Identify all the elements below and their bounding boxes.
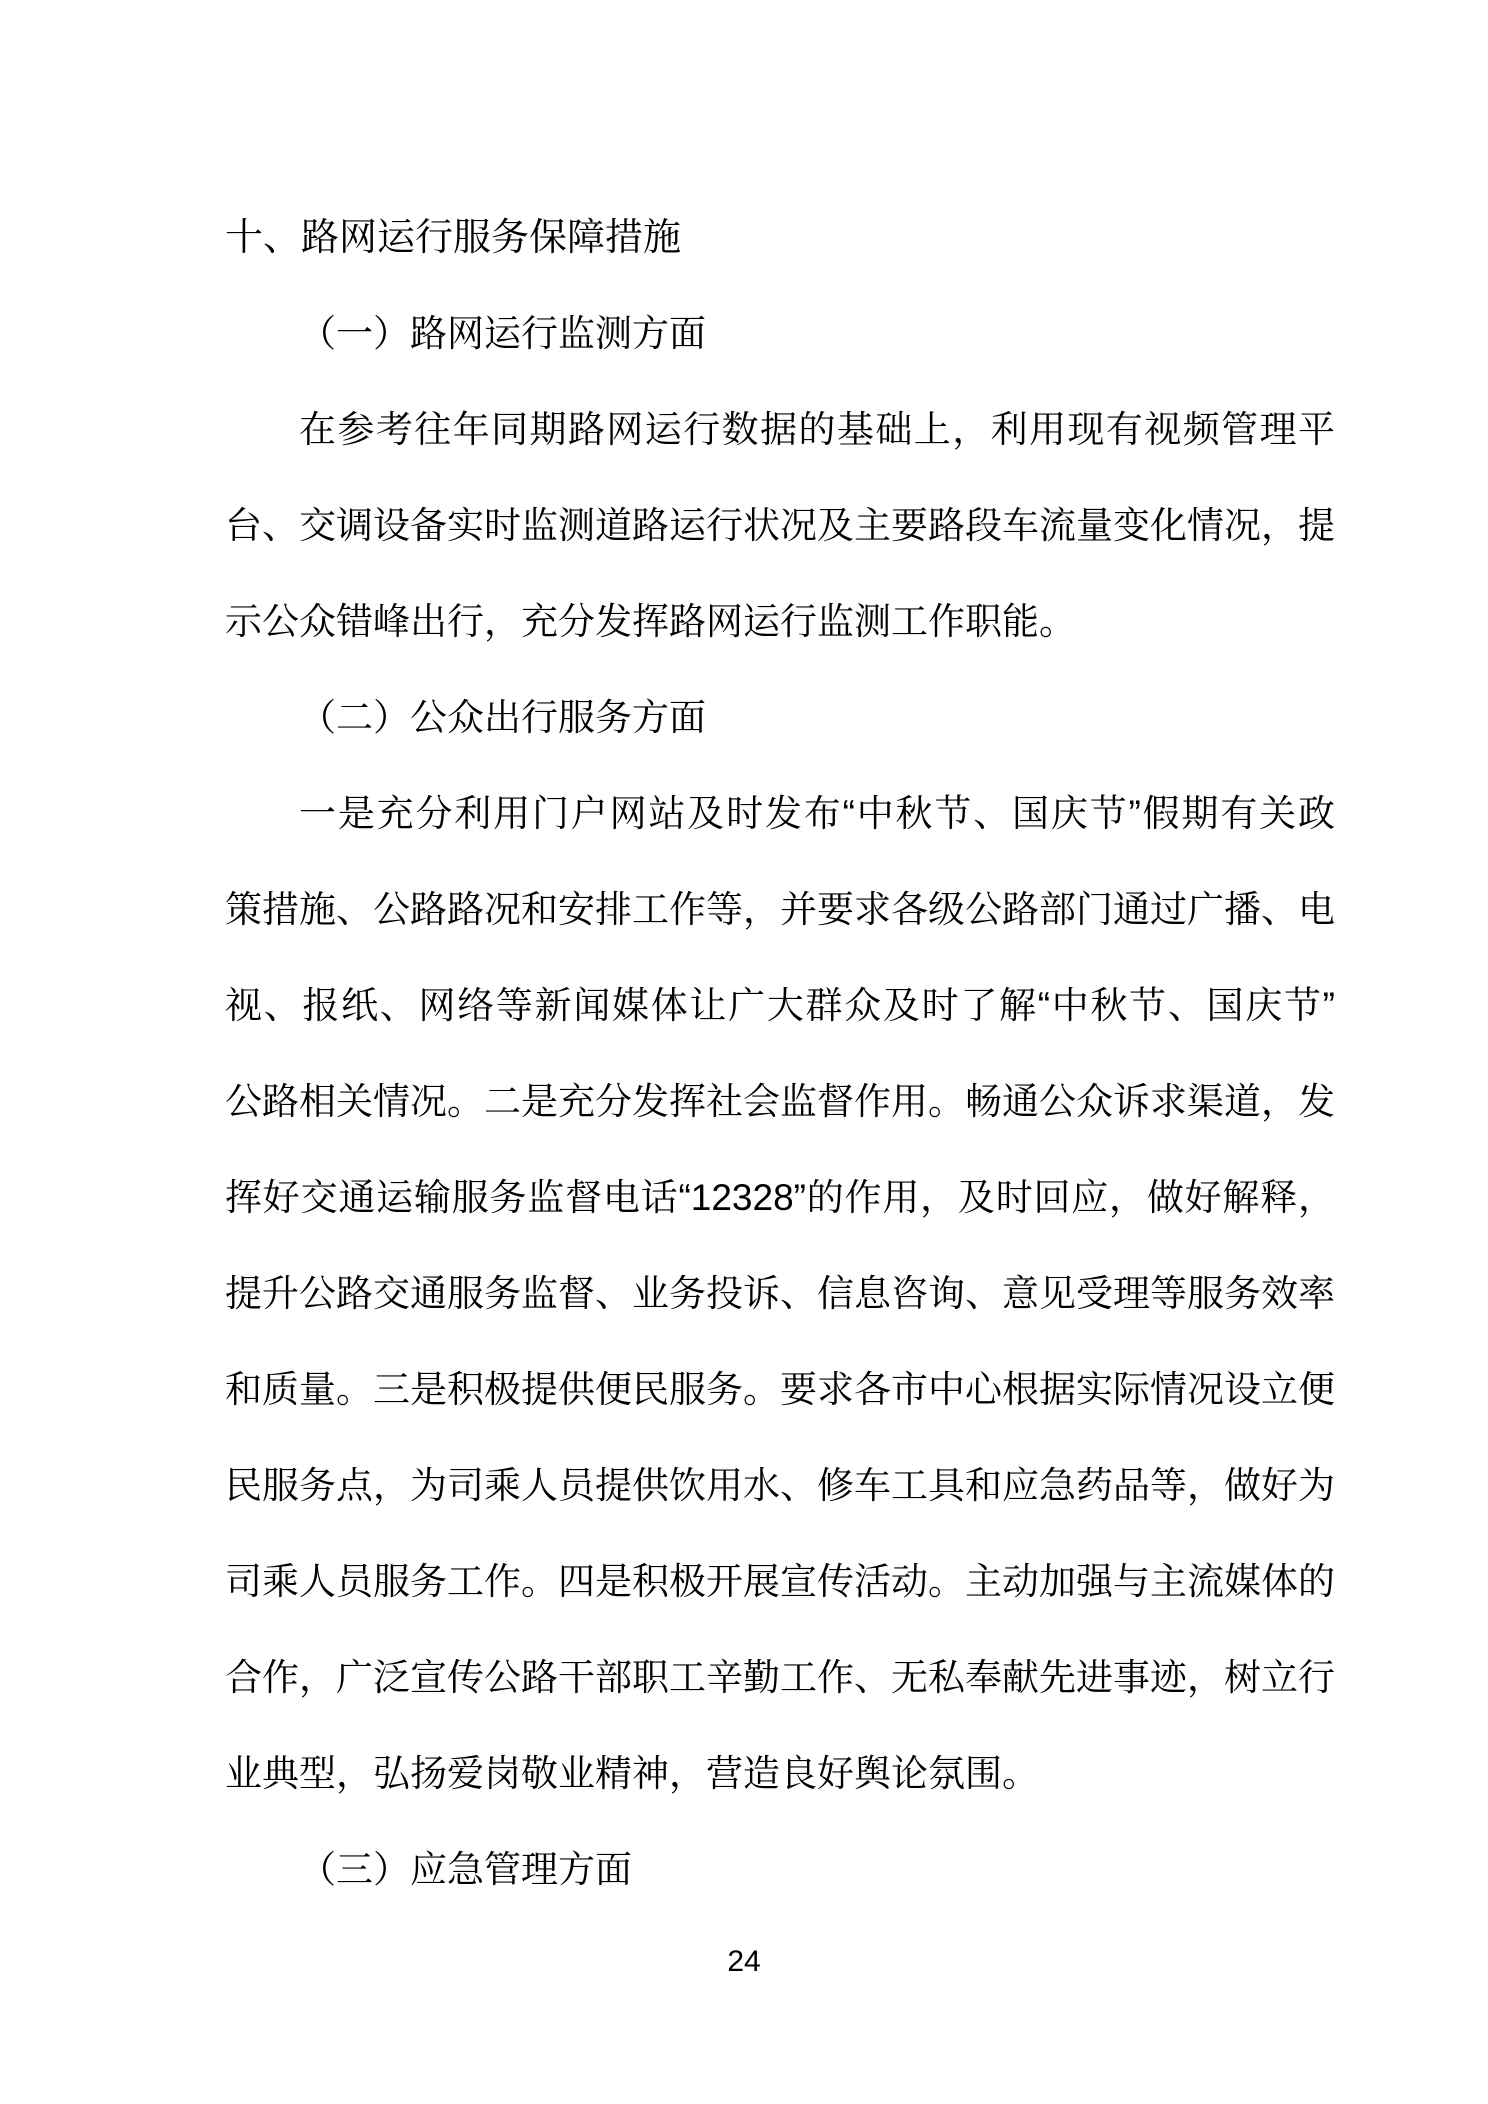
text-line: 公路相关情况。二是充分发挥社会监督作用。畅通公众诉求渠道，发 (225, 1054, 1335, 1150)
doc-heading: 十、路网运行服务保障措施 (225, 190, 1335, 286)
text-line: 在参考往年同期路网运行数据的基础上，利用现有视频管理平 (225, 382, 1335, 478)
section-1-heading: （一）路网运行监测方面 (225, 286, 1335, 382)
text-line: 提升公路交通服务监督、业务投诉、信息咨询、意见受理等服务效率 (225, 1246, 1335, 1342)
document-page: 十、路网运行服务保障措施 （一）路网运行监测方面 在参考往年同期路网运行数据的基… (0, 0, 1488, 2104)
section-2-heading: （二）公众出行服务方面 (225, 670, 1335, 766)
text-line: 业典型，弘扬爱岗敬业精神，营造良好舆论氛围。 (225, 1726, 1335, 1822)
page-number: 24 (0, 1944, 1488, 1980)
text-line: 策措施、公路路况和安排工作等，并要求各级公路部门通过广播、电 (225, 862, 1335, 958)
text-line: 视、报纸、网络等新闻媒体让广大群众及时了解“中秋节、国庆节” (225, 958, 1335, 1054)
text-line: 台、交调设备实时监测道路运行状况及主要路段车流量变化情况，提 (225, 478, 1335, 574)
text-line: 一是充分利用门户网站及时发布“中秋节、国庆节”假期有关政 (225, 766, 1335, 862)
text-line: 和质量。三是积极提供便民服务。要求各市中心根据实际情况设立便 (225, 1342, 1335, 1438)
text-line: 挥好交通运输服务监督电话“12328”的作用，及时回应，做好解释， (225, 1150, 1335, 1246)
text-line: 合作，广泛宣传公路干部职工辛勤工作、无私奉献先进事迹，树立行 (225, 1630, 1335, 1726)
text-line: 示公众错峰出行，充分发挥路网运行监测工作职能。 (225, 574, 1335, 670)
section-3-heading: （三）应急管理方面 (225, 1822, 1335, 1918)
text-line: 司乘人员服务工作。四是积极开展宣传活动。主动加强与主流媒体的 (225, 1534, 1335, 1630)
document-body: 十、路网运行服务保障措施 （一）路网运行监测方面 在参考往年同期路网运行数据的基… (225, 190, 1335, 1918)
text-line: 民服务点，为司乘人员提供饮用水、修车工具和应急药品等，做好为 (225, 1438, 1335, 1534)
